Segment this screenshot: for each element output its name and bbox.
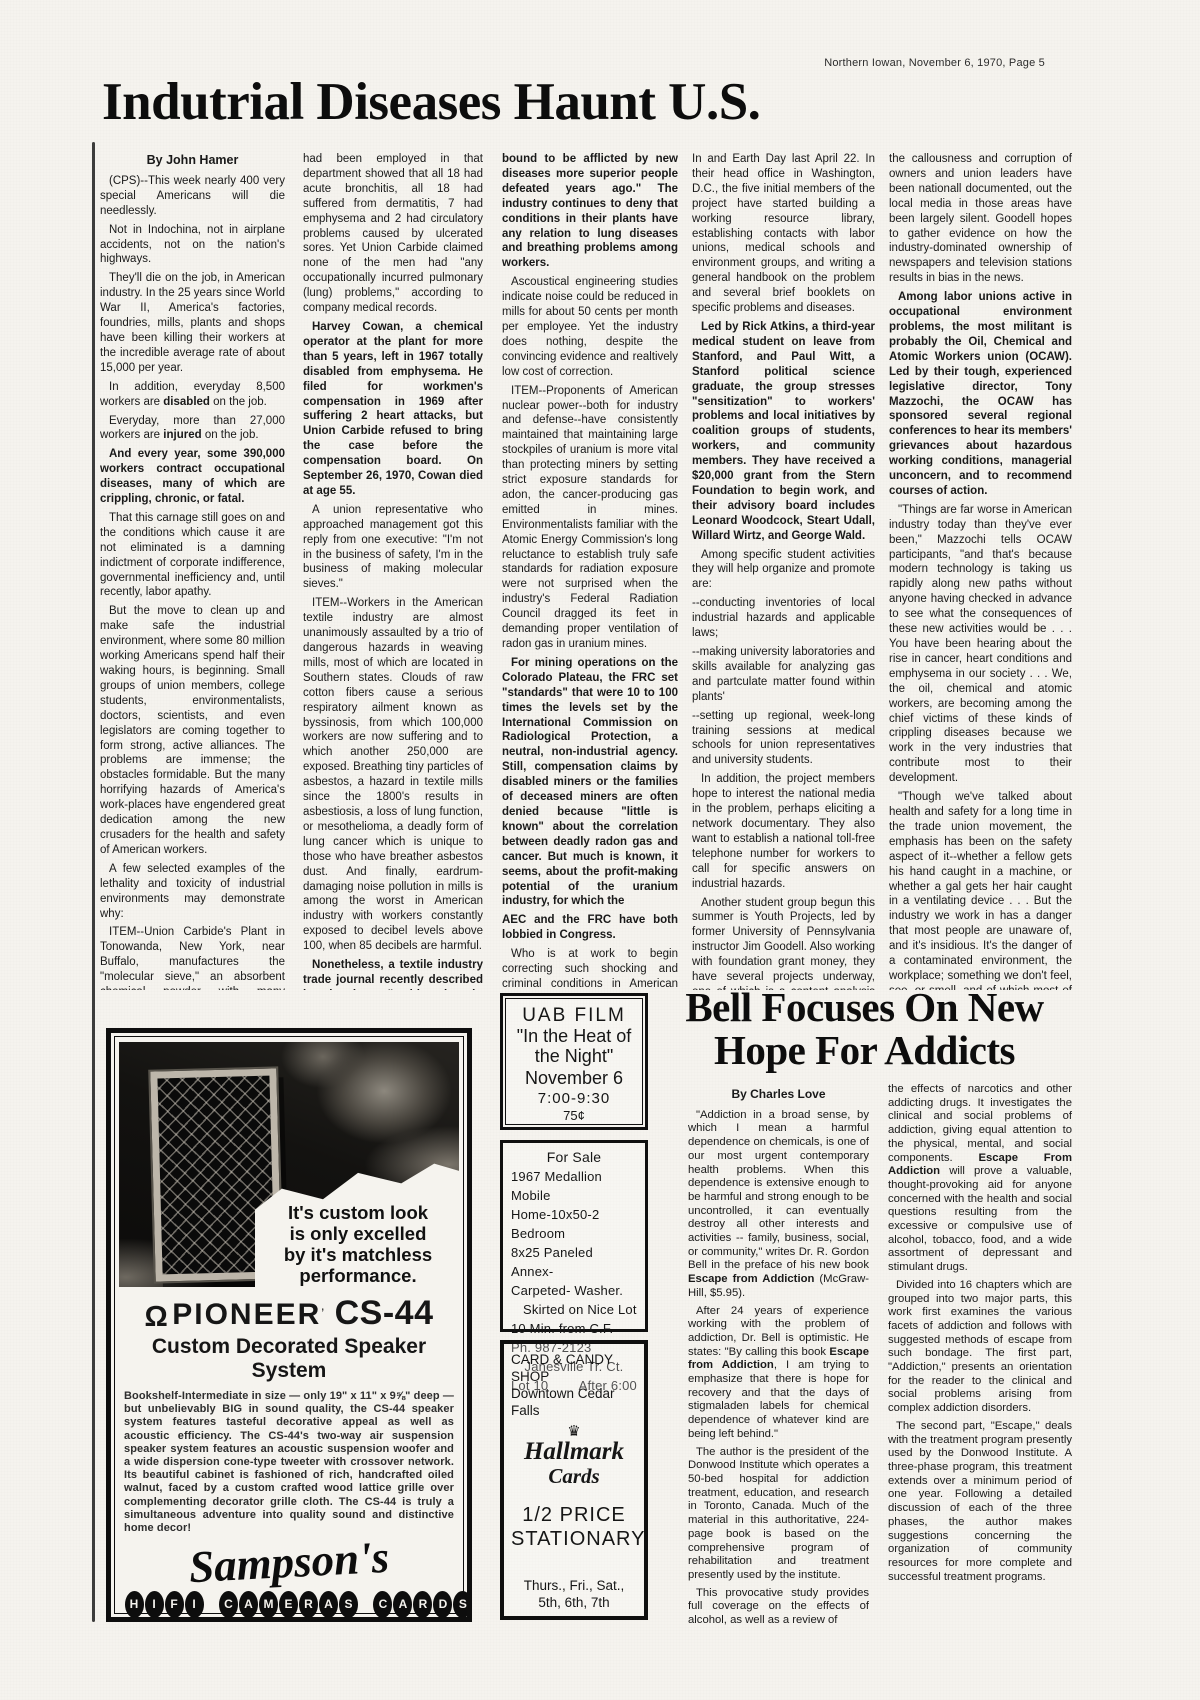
oval-letter: I: [185, 1591, 204, 1618]
article-paragraph: Who is at work to begin correcting such …: [502, 947, 678, 990]
article-paragraph: ITEM--Union Carbide's Plant in Tonowanda…: [100, 925, 285, 990]
for-sale-line: 1967 Medallion Mobile: [511, 1167, 637, 1205]
masthead: Northern Iowan, November 6, 1970, Page 5: [0, 57, 1045, 69]
article-paragraph: had been employed in that department sho…: [303, 152, 483, 316]
oval-letter: E: [279, 1591, 298, 1618]
card-shop-promo-line2: STATIONARY: [511, 1527, 637, 1551]
for-sale-line: 10 Min. from C.F.: [511, 1319, 637, 1338]
card-shop-title: CARD & CANDY SHOP: [511, 1351, 637, 1385]
sampsons-logo: Sampson's: [118, 1529, 460, 1595]
uab-film-date: November 6: [503, 1066, 645, 1090]
article-paragraph: Ascoustical engineering studies indicate…: [502, 275, 678, 379]
pioneer-model: CS-44: [335, 1294, 434, 1332]
for-sale-title: For Sale: [511, 1148, 637, 1167]
oval-letter: S: [339, 1591, 358, 1618]
article-paragraph: "Addiction in a broad sense, by which I …: [688, 1109, 869, 1301]
oval-letter: M: [259, 1591, 278, 1618]
article-paragraph: bound to be afflicted by new diseases mo…: [502, 152, 678, 271]
uab-film-ad: UAB FILM "In the Heat of the Night" Nove…: [500, 993, 648, 1130]
ad-slogan-line: performance.: [299, 1265, 416, 1286]
article-paragraph: Not in Indochina, not in airplane accide…: [100, 223, 285, 268]
oval-letter: H: [125, 1591, 144, 1618]
card-shop-days: Thurs., Fri., Sat.,: [511, 1577, 637, 1594]
for-sale-line: 8x25 Paneled Annex-: [511, 1243, 637, 1281]
oval-letter: F: [165, 1591, 184, 1618]
article-paragraph: --making university laboratories and ski…: [692, 645, 875, 705]
card-shop-dates: 5th, 6th, 7th: [511, 1594, 637, 1611]
article-paragraph: "Things are far worse in American indust…: [889, 503, 1072, 786]
page-fold-artifact: [92, 142, 95, 1622]
article-paragraph: In and Earth Day last April 22. In their…: [692, 152, 875, 316]
pioneer-speaker-ad: It's custom look is only excelled by it'…: [106, 1028, 472, 1622]
ad-slogan-line: It's custom look: [288, 1202, 428, 1223]
article-paragraph: Divided into 16 chapters which are group…: [888, 1279, 1072, 1416]
oval-letter: C: [219, 1591, 238, 1618]
ad-slogan-line: is only excelled: [290, 1223, 427, 1244]
article-paragraph: ITEM--Workers in the American textile in…: [303, 596, 483, 954]
cards-ovals: CARDS: [373, 1591, 472, 1618]
oval-letter: I: [145, 1591, 164, 1618]
article-paragraph: AEC and the FRC have both lobbied in Con…: [502, 913, 678, 943]
card-shop-subtitle: Downtown Cedar Falls: [511, 1385, 637, 1419]
article-paragraph: The second part, "Escape," deals with th…: [888, 1420, 1072, 1584]
oval-letter: A: [239, 1591, 258, 1618]
article-paragraph: ITEM--Proponents of American nuclear pow…: [502, 384, 678, 652]
for-sale-ad: For Sale 1967 Medallion Mobile Home-10x5…: [500, 1140, 648, 1332]
article-paragraph: Among specific student activities they w…: [692, 548, 875, 593]
oval-letter: A: [393, 1591, 412, 1618]
bell-article-headline: Bell Focuses On New Hope For Addicts: [652, 986, 1077, 1072]
article-paragraph: Nonetheless, a textile industry trade jo…: [303, 958, 483, 990]
pioneer-logo-icon: Ω: [145, 1301, 168, 1333]
product-title: Custom Decorated Speaker System: [119, 1335, 459, 1383]
article-paragraph: That this carnage still goes on and the …: [100, 511, 285, 600]
article-column-3: bound to be afflicted by new diseases mo…: [502, 152, 678, 990]
article-paragraph: A few selected examples of the lethality…: [100, 862, 285, 922]
oval-letter: R: [299, 1591, 318, 1618]
article-paragraph: This provocative study provides full cov…: [688, 1587, 869, 1628]
article-column-4: In and Earth Day last April 22. In their…: [692, 152, 875, 990]
for-sale-line: Skirted on Nice Lot: [511, 1300, 637, 1319]
article-paragraph: And every year, some 390,000 workers con…: [100, 447, 285, 507]
article-paragraph: (CPS)--This week nearly 400 very special…: [100, 174, 285, 219]
article-paragraph: Led by Rick Atkins, a third-year medical…: [692, 320, 875, 544]
article-paragraph: For mining operations on the Colorado Pl…: [502, 656, 678, 909]
card-candy-shop-ad: CARD & CANDY SHOP Downtown Cedar Falls ♛…: [500, 1340, 648, 1620]
bell-headline-line1: Bell Focuses On New: [685, 984, 1043, 1030]
for-sale-line: Home-10x50-2 Bedroom: [511, 1205, 637, 1243]
pioneer-brand-name: PIONEER: [172, 1298, 321, 1331]
article-paragraph: the effects of narcotics and other addic…: [888, 1083, 1072, 1275]
cameras-ovals: CAMERAS: [218, 1591, 358, 1618]
uab-film-movie-line1: "In the Heat of: [503, 1026, 645, 1046]
uab-film-title: UAB FILM: [503, 1005, 645, 1026]
article-column-5: the callousness and corruption of owners…: [889, 152, 1072, 990]
article-paragraph: After 24 years of experience working wit…: [688, 1305, 869, 1442]
article-paragraph: --conducting inventories of local indust…: [692, 596, 875, 641]
hallmark-logo: Hallmark: [511, 1439, 637, 1465]
oval-letter: A: [319, 1591, 338, 1618]
oval-letter: C: [373, 1591, 392, 1618]
article-paragraph: the callousness and corruption of owners…: [889, 152, 1072, 286]
article-paragraph: Harvey Cowan, a chemical operator at the…: [303, 320, 483, 499]
article-paragraph: Everyday, more than 27,000 workers are i…: [100, 414, 285, 444]
oval-letter: S: [453, 1591, 472, 1618]
uab-film-price: 75¢: [503, 1108, 645, 1123]
ad-body-text: Bookshelf-Intermediate in size — only 19…: [124, 1390, 454, 1535]
byline: By John Hamer: [100, 153, 285, 168]
article-column-2: had been employed in that department sho…: [303, 152, 483, 990]
article-paragraph: "Though we've talked about health and sa…: [889, 790, 1072, 990]
article-paragraph: --setting up regional, week-long trainin…: [692, 709, 875, 769]
article-paragraph: But the move to clean up and make safe t…: [100, 604, 285, 857]
crown-icon: ♛: [511, 1424, 637, 1439]
ad-slogan-line: by it's matchless: [284, 1244, 432, 1265]
article-paragraph: Among labor unions active in occupationa…: [889, 290, 1072, 499]
bell-article-column-2: the effects of narcotics and other addic…: [888, 1083, 1072, 1628]
article-paragraph: The author is the president of the Donwo…: [688, 1446, 869, 1583]
oval-letter: R: [413, 1591, 432, 1618]
page-title: Indutrial Diseases Haunt U.S.: [102, 72, 1022, 132]
bell-byline: By Charles Love: [688, 1088, 869, 1102]
bell-headline-line2: Hope For Addicts: [714, 1027, 1015, 1073]
article-paragraph: In addition, the project members hope to…: [692, 772, 875, 891]
article-paragraph: In addition, everyday 8,500 workers are …: [100, 380, 285, 410]
ad-slogan-area: It's custom look is only excelled by it'…: [255, 1157, 459, 1287]
store-departments: HIFI CAMERAS CARDS: [119, 1591, 459, 1618]
for-sale-line: Carpeted- Washer.: [511, 1281, 637, 1300]
article-column-1: By John Hamer (CPS)--This week nearly 40…: [100, 152, 285, 990]
hallmark-cards-label: Cards: [511, 1465, 637, 1487]
uab-film-time: 7:00-9:30: [503, 1090, 645, 1108]
article-paragraph: They'll die on the job, in American indu…: [100, 271, 285, 375]
uab-film-movie-line2: the Night": [503, 1046, 645, 1066]
bell-article-column-1: By Charles Love "Addiction in a broad se…: [688, 1088, 869, 1650]
article-paragraph: Another student group begun this summer …: [692, 896, 875, 991]
hifi-ovals: HIFI: [124, 1591, 204, 1618]
pioneer-brand-line: Ω PIONEER’ CS-44: [119, 1294, 459, 1334]
newspaper-page: Northern Iowan, November 6, 1970, Page 5…: [0, 0, 1200, 1700]
trademark-icon: ’: [321, 1306, 324, 1321]
card-shop-promo-line1: 1/2 PRICE: [511, 1503, 637, 1527]
oval-letter: D: [433, 1591, 452, 1618]
speaker-photo: It's custom look is only excelled by it'…: [119, 1042, 459, 1287]
article-paragraph: A union representative who approached ma…: [303, 503, 483, 592]
